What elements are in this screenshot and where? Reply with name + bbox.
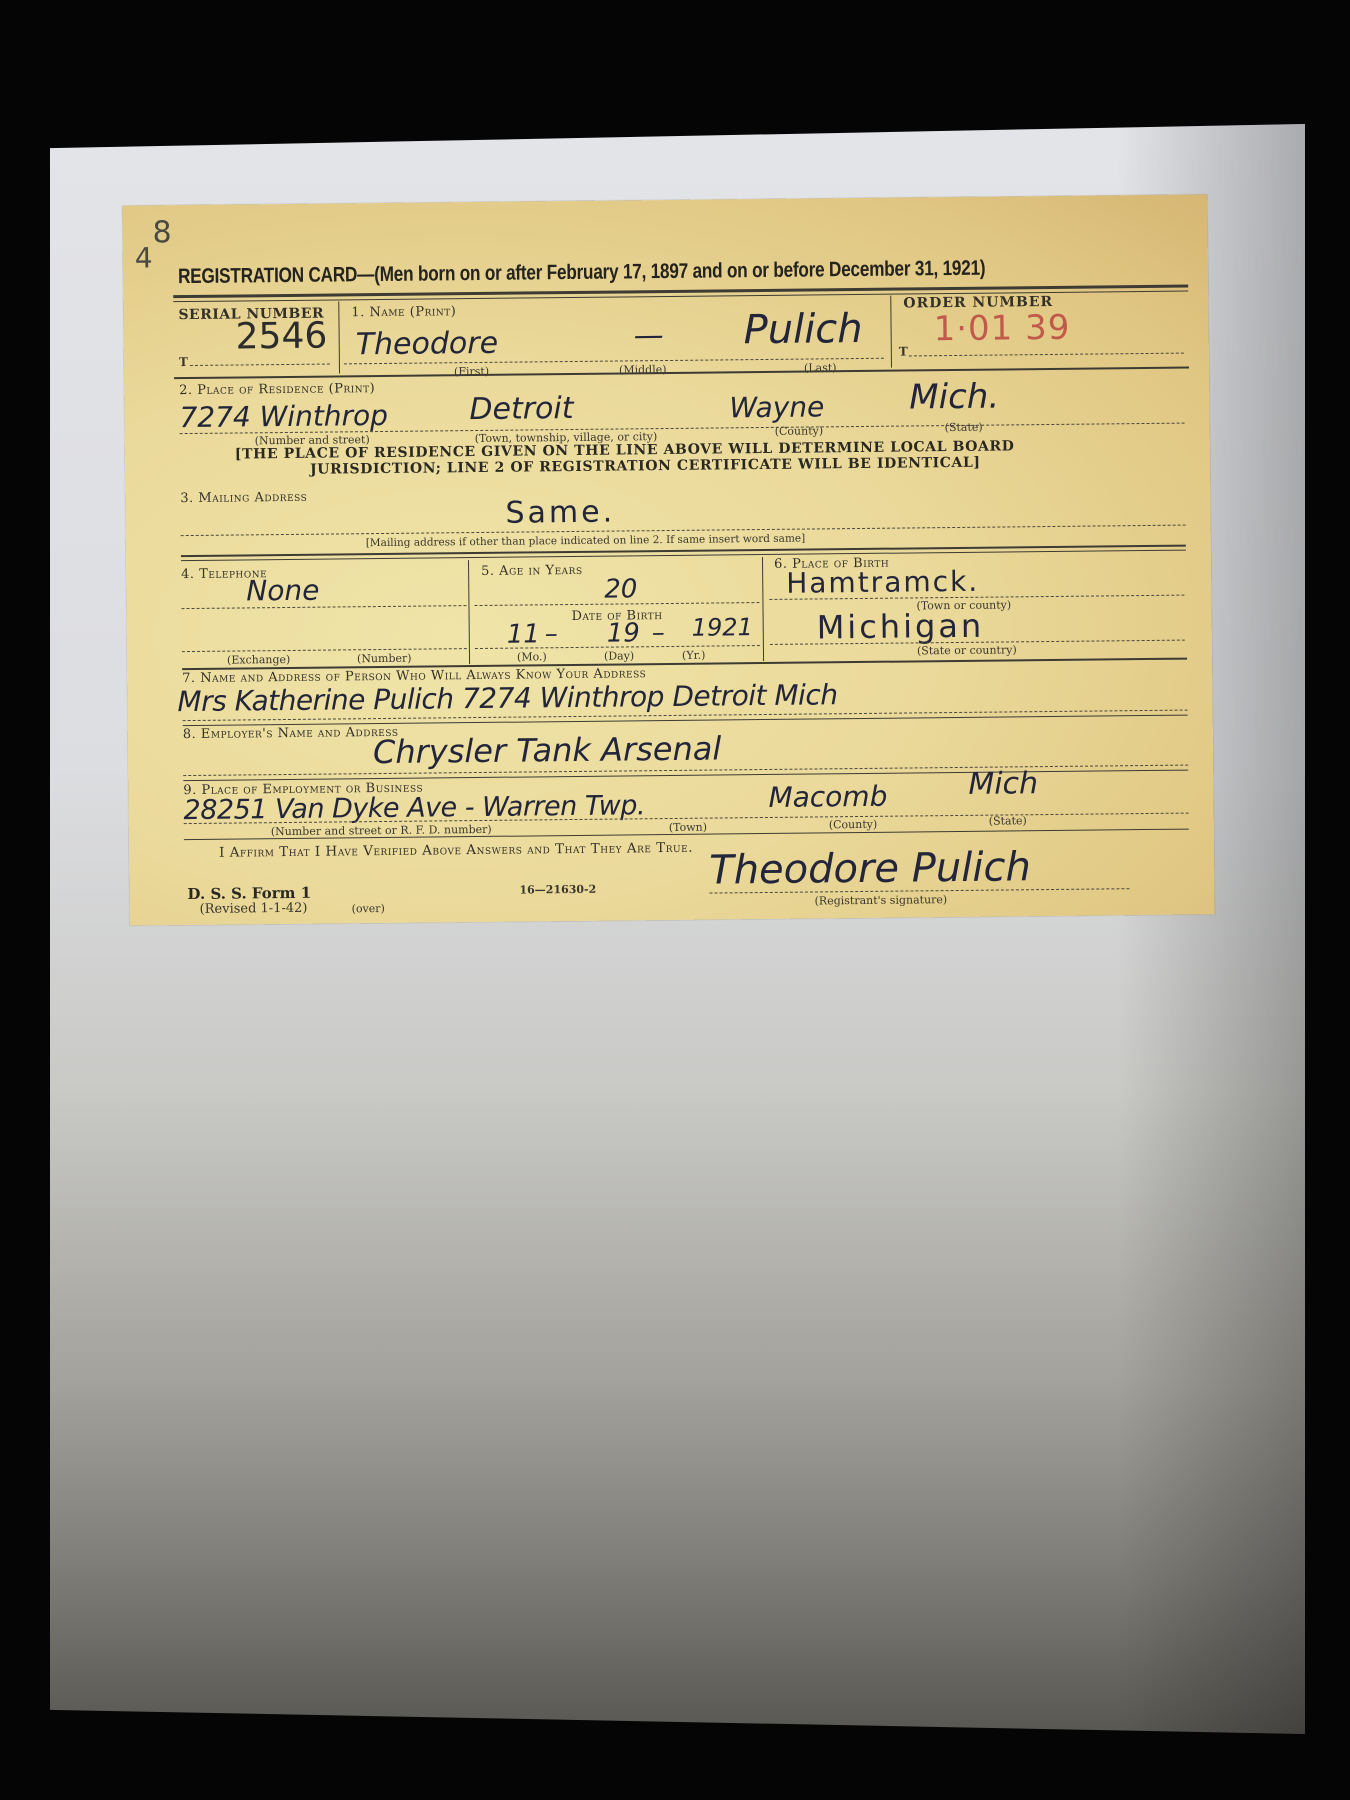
residence-street: 7274 Winthrop	[179, 399, 388, 434]
name-label: 1. Name (Print)	[351, 304, 456, 320]
order-prefix: T	[899, 344, 908, 358]
employment-state-caption: (State)	[989, 814, 1027, 827]
telephone-exchange-caption: (Exchange)	[227, 653, 290, 667]
dob-day-caption: (Day)	[604, 649, 634, 662]
residence-county-caption: (County)	[775, 424, 824, 438]
dob-day: 19	[607, 618, 640, 648]
footer-over: (over)	[352, 902, 385, 915]
order-number: 1·01 39	[933, 308, 1070, 349]
employment-state: Mich	[968, 766, 1038, 802]
signature-caption: (Registrant's signature)	[815, 893, 948, 907]
serial-number: 2546	[235, 316, 327, 358]
mailing-value: Same.	[505, 495, 615, 531]
age-line	[474, 602, 759, 606]
employer-value: Chrysler Tank Arsenal	[373, 729, 722, 771]
serial-line	[190, 364, 330, 366]
mailing-label: 3. Mailing Address	[180, 490, 307, 506]
signature: Theodore Pulich	[709, 844, 1031, 893]
footer-code: 16—21630-2	[519, 883, 596, 897]
name-first: Theodore	[356, 326, 499, 362]
telephone-value: None	[246, 574, 319, 608]
dob-year: 1921	[692, 613, 753, 642]
residence-town: Detroit	[469, 391, 573, 427]
order-divider	[890, 296, 892, 368]
name-last: Pulich	[743, 306, 863, 353]
residence-state: Mich.	[909, 377, 999, 418]
row1-rule	[174, 367, 1189, 380]
corner-mark: 8	[152, 215, 171, 250]
dob-sep-2: –	[652, 618, 665, 648]
birthplace-state-caption: (State or country)	[917, 643, 1017, 657]
residence-state-caption: (State)	[945, 421, 983, 434]
employment-town-caption: (Town)	[669, 821, 707, 834]
order-line	[909, 353, 1184, 357]
serial-prefix: T	[179, 355, 188, 369]
name-middle-caption: (Middle)	[619, 363, 667, 376]
contact-value: Mrs Katherine Pulich 7274 Winthrop Detro…	[177, 678, 837, 718]
employment-county-caption: (County)	[829, 818, 878, 832]
telephone-number-caption: (Number)	[357, 652, 412, 666]
registration-card: 8 4 REGISTRATION CARD—(Men born on or af…	[122, 194, 1214, 925]
name-first-caption: (First)	[454, 365, 489, 378]
col-divider-2	[762, 557, 764, 661]
telephone-line	[181, 605, 466, 609]
employment-county: Macomb	[768, 780, 887, 814]
dob-mo-caption: (Mo.)	[517, 650, 547, 663]
affirmation-text: I Affirm That I Have Verified Above Answ…	[219, 840, 693, 861]
birthplace-town: Hamtramck.	[786, 565, 979, 600]
corner-mark-2: 4	[135, 241, 153, 274]
col-divider-1	[468, 560, 470, 664]
footer-revised: (Revised 1-1-42)	[200, 901, 308, 917]
dob-month: 11	[507, 619, 540, 649]
mailing-caption: [Mailing address if other than place ind…	[366, 533, 806, 550]
employer-label: 8. Employer's Name and Address	[183, 725, 399, 742]
birthplace-state: Michigan	[817, 607, 985, 647]
dob-yr-caption: (Yr.)	[682, 649, 706, 662]
telephone-line-2	[182, 648, 467, 652]
age-label: 5. Age in Years	[481, 563, 583, 579]
card-title: REGISTRATION CARD—(Men born on or after …	[178, 257, 986, 289]
age-value: 20	[604, 574, 637, 604]
name-middle: —	[633, 318, 663, 353]
residence-county: Wayne	[729, 390, 824, 424]
residence-label: 2. Place of Residence (Print)	[179, 381, 375, 398]
name-last-caption: (Last)	[804, 361, 837, 374]
serial-divider	[338, 301, 340, 373]
dob-sep-1: –	[545, 619, 558, 649]
